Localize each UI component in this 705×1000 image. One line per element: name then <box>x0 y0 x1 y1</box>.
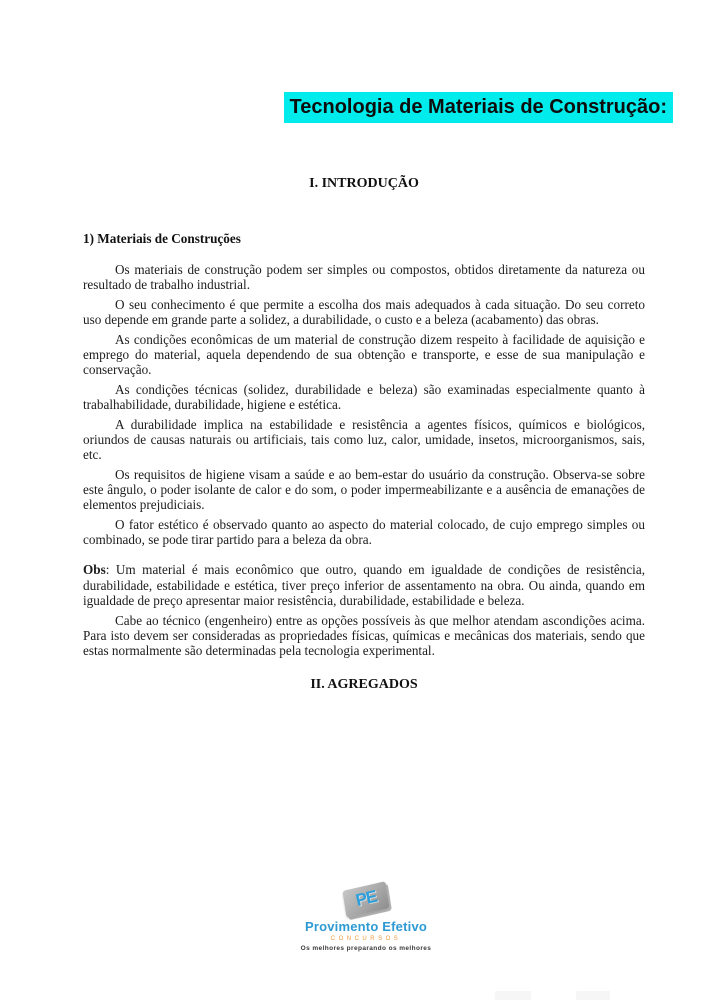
page-artifact <box>576 991 610 1000</box>
provimento-efetivo-logo: PE Provimento Efetivo CONCURSOS Os melho… <box>256 886 476 953</box>
logo-brand-name: Provimento Efetivo <box>256 920 476 934</box>
paragraph-higiene: Os requisitos de higiene visam a saúde e… <box>83 467 645 513</box>
section-heading-introducao: I. INTRODUÇÃO <box>83 176 645 192</box>
document-title: Tecnologia de Materiais de Construção: <box>284 92 673 123</box>
page-artifact <box>495 991 531 1000</box>
logo-tagline: Os melhores preparando os melhores <box>256 945 476 953</box>
pe-cube-letters: PE <box>353 884 379 914</box>
pe-cube-icon: PE <box>342 881 389 918</box>
paragraph-materiais-simples: Os materiais de construção podem ser sim… <box>83 262 645 292</box>
logo-subtitle: CONCURSOS <box>256 935 476 943</box>
paragraph-fator-estetico: O fator estético é observado quanto ao a… <box>83 517 645 547</box>
paragraph-cabe-ao-tecnico: Cabe ao técnico (engenheiro) entre as op… <box>83 613 645 659</box>
obs-label: Obs <box>83 562 106 577</box>
paragraph-durabilidade: A durabilidade implica na estabilidade e… <box>83 417 645 463</box>
paragraph-condicoes-tecnicas: As condições técnicas (solidez, durabili… <box>83 382 645 412</box>
paragraph-condicoes-economicas: As condições econômicas de um material d… <box>83 332 645 378</box>
paragraph-conhecimento: O seu conhecimento é que permite a escol… <box>83 297 645 327</box>
obs-text: : Um material é mais econômico que outro… <box>83 562 645 607</box>
obs-paragraph: Obs: Um material é mais econômico que ou… <box>83 562 645 608</box>
subsection-heading-materiais: 1) Materiais de Construções <box>83 231 645 246</box>
section-heading-agregados: II. AGREGADOS <box>83 677 645 693</box>
document-page: Tecnologia de Materiais de Construção: I… <box>0 0 705 1000</box>
